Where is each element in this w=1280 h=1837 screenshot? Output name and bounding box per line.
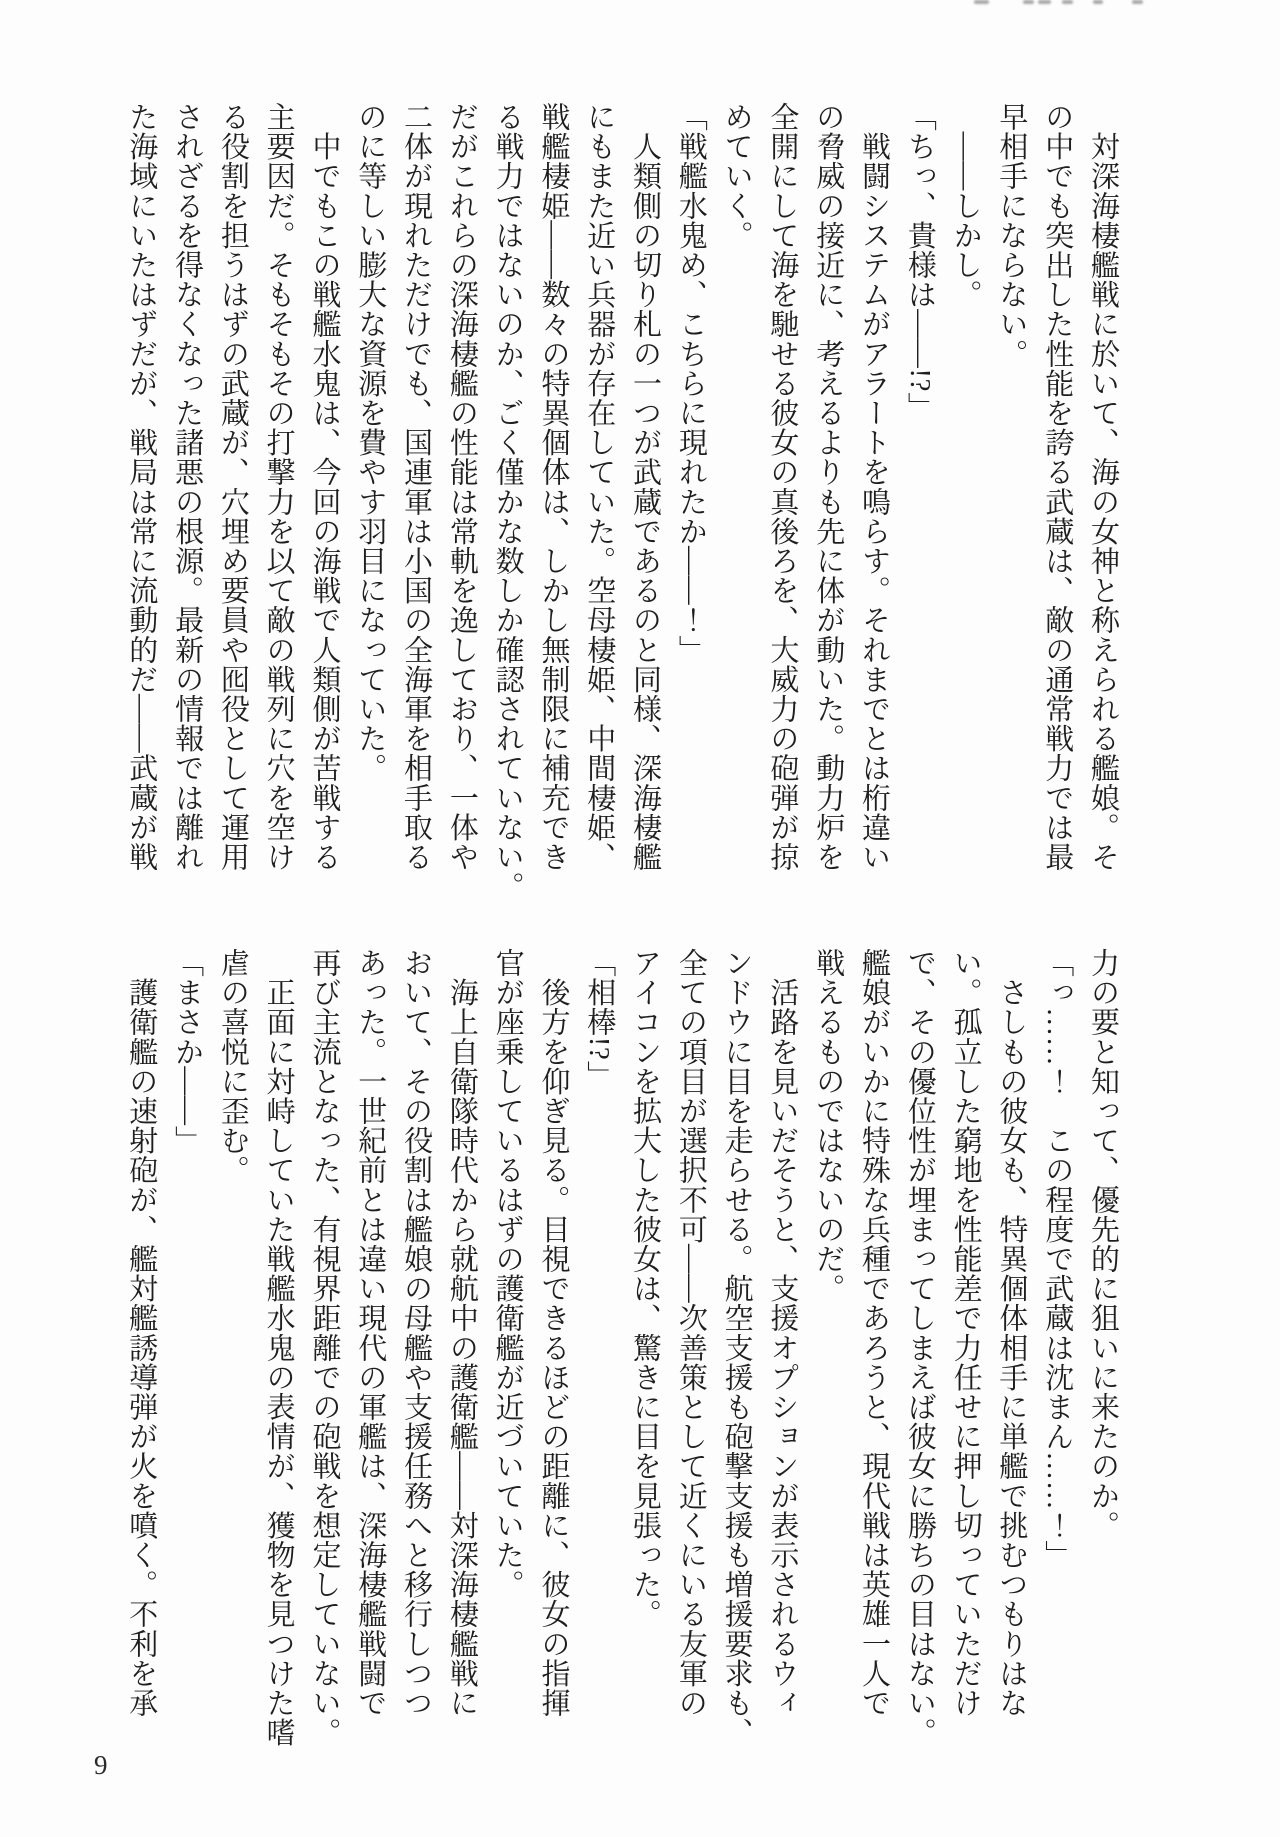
- text-column: る戦力ではないのか、ごく僅かな数しか確認されていない。: [484, 102, 530, 884]
- text-column: で、その優位性が埋まってしまえば彼女に勝ちの目はない。: [896, 948, 942, 1730]
- text-column: 再び主流となった、有視界距離での砲戦を想定していない。: [301, 948, 347, 1730]
- scanned-novel-page: 対深海棲艦戦に於いて、海の女神と称えられる艦娘。そ の中でも突出した性能を誇る武…: [0, 0, 1280, 1837]
- text-column: 早相手にならない。: [988, 102, 1034, 884]
- text-column: の脅威の接近に、考えるよりも先に体が動いた。動力炉を: [804, 102, 850, 884]
- text-column: い。孤立した窮地を性能差で力任せに押し切っていただけ: [942, 948, 988, 1730]
- lower-text-block: 力の要と知って、優先的に狙いに来たのか。 「っ……！ この程度で武蔵は沈まん………: [117, 948, 1125, 1730]
- text-column: 「ちっ、貴様は――!?」: [896, 102, 942, 884]
- text-column: 戦えるものではないのだ。: [804, 948, 850, 1730]
- text-column: 主要因だ。そもそもその打撃力を以て敵の戦列に穴を空け: [255, 102, 301, 884]
- text-column: のに等しい膨大な資源を費やす羽目になっていた。: [346, 102, 392, 884]
- text-column: る役割を担うはずの武蔵が、穴埋め要員や囮役として運用: [209, 102, 255, 884]
- text-column: ――しかし。: [942, 102, 988, 884]
- scan-artifact: [974, 0, 989, 4]
- text-column: だがこれらの深海棲艦の性能は常軌を逸しており、一体や: [438, 102, 484, 884]
- text-column: の中でも突出した性能を誇る武蔵は、敵の通常戦力では最: [1033, 102, 1079, 884]
- text-column: 全ての項目が選択不可――次善策として近くにいる友軍の: [667, 948, 713, 1730]
- text-column: た海域にいたはずだが、戦局は常に流動的だ――武蔵が戦: [117, 102, 163, 884]
- page-number: 9: [94, 1750, 109, 1781]
- text-column: 官が座乗しているはずの護衛艦が近づいていた。: [484, 948, 530, 1730]
- upper-text-block: 対深海棲艦戦に於いて、海の女神と称えられる艦娘。そ の中でも突出した性能を誇る武…: [117, 102, 1125, 884]
- text-column: 対深海棲艦戦に於いて、海の女神と称えられる艦娘。そ: [1079, 102, 1125, 884]
- text-column: 「まさか――」: [163, 948, 209, 1730]
- text-column: にもまた近い兵器が存在していた。空母棲姫、中間棲姫、: [575, 102, 621, 884]
- text-column: 虐の喜悦に歪む。: [209, 948, 255, 1730]
- scan-artifact: [1023, 0, 1034, 4]
- text-column: 戦艦棲姫――数々の特異個体は、しかし無制限に補充でき: [530, 102, 576, 884]
- text-column: アイコンを拡大した彼女は、驚きに目を見張った。: [621, 948, 667, 1730]
- text-column: 二体が現れただけでも、国連軍は小国の全海軍を相手取る: [392, 102, 438, 884]
- text-column: ンドウに目を走らせる。航空支援も砲撃支援も増援要求も、: [713, 948, 759, 1730]
- text-column: 艦娘がいかに特殊な兵種であろうと、現代戦は英雄一人で: [850, 948, 896, 1730]
- text-column: 戦闘システムがアラートを鳴らす。それまでとは桁違い: [850, 102, 896, 884]
- scan-artifact: [1038, 0, 1051, 4]
- text-column: 後方を仰ぎ見る。目視できるほどの距離に、彼女の指揮: [530, 948, 576, 1730]
- scan-artifact: [1062, 0, 1073, 4]
- scan-artifact: [1093, 0, 1103, 4]
- text-column: 海上自衛隊時代から就航中の護衛艦――対深海棲艦戦に: [438, 948, 484, 1730]
- text-column: 「っ……！ この程度で武蔵は沈まん……！」: [1033, 948, 1079, 1730]
- text-column: 「戦艦水鬼め、こちらに現れたか――！」: [667, 102, 713, 884]
- text-column: されざるを得なくなった諸悪の根源。最新の情報では離れ: [163, 102, 209, 884]
- text-column: 中でもこの戦艦水鬼は、今回の海戦で人類側が苦戦する: [301, 102, 347, 884]
- text-column: 護衛艦の速射砲が、艦対艦誘導弾が火を噴く。不利を承: [117, 948, 163, 1730]
- text-column: あった。一世紀前とは違い現代の軍艦は、深海棲艦戦闘で: [346, 948, 392, 1730]
- text-column: 力の要と知って、優先的に狙いに来たのか。: [1079, 948, 1125, 1730]
- text-column: めていく。: [713, 102, 759, 884]
- text-column: 活路を見いだそうと、支援オプションが表示されるウィ: [759, 948, 805, 1730]
- text-column: 人類側の切り札の一つが武蔵であるのと同様、深海棲艦: [621, 102, 667, 884]
- text-column: さしもの彼女も、特異個体相手に単艦で挑むつもりはな: [988, 948, 1034, 1730]
- text-column: 正面に対峙していた戦艦水鬼の表情が、獲物を見つけた嗜: [255, 948, 301, 1730]
- text-column: おいて、その役割は艦娘の母艦や支援任務へと移行しつつ: [392, 948, 438, 1730]
- scan-artifact: [1132, 0, 1143, 4]
- text-column: 全開にして海を馳せる彼女の真後ろを、大威力の砲弾が掠: [759, 102, 805, 884]
- text-column: 「相棒!?」: [575, 948, 621, 1730]
